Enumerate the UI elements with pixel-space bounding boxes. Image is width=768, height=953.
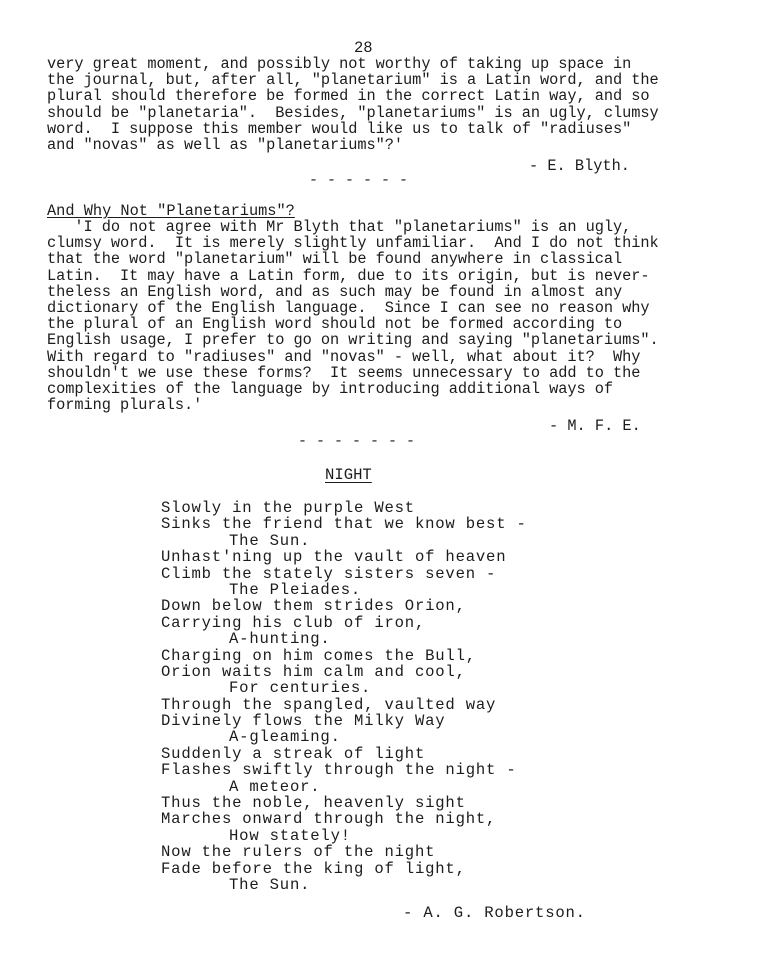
text-line: that the word "planetarium" will be foun…	[47, 251, 659, 267]
poem-line: Carrying his club of iron,	[161, 615, 527, 631]
section-divider: - - - - - - -	[298, 434, 415, 450]
poem-title: NIGHT	[325, 467, 372, 483]
text-line: word. I suppose this member would like u…	[47, 121, 659, 137]
poem-line: Marches onward through the night,	[161, 811, 527, 827]
text-line: and "novas" as well as "planetariums"?'	[47, 137, 659, 153]
text-line: very great moment, and possibly not wort…	[47, 56, 659, 72]
poem-refrain-line: How stately!	[161, 828, 527, 844]
letter-one-signature: - E. Blyth.	[529, 158, 630, 174]
text-line: dictionary of the English language. Sinc…	[47, 300, 659, 316]
poem-line: Thus the noble, heavenly sight	[161, 795, 527, 811]
poem-line: Fade before the king of light,	[161, 861, 527, 877]
letter-two-signature: - M. F. E.	[549, 418, 641, 434]
text-line: forming plurals.'	[47, 397, 659, 413]
poem-refrain-line: A meteor.	[161, 779, 527, 795]
text-line: theless an English word, and as such may…	[47, 284, 659, 300]
poem-line: Charging on him comes the Bull,	[161, 648, 527, 664]
poem-line: Suddenly a streak of light	[161, 746, 527, 762]
poem-line: Through the spangled, vaulted way	[161, 697, 527, 713]
text-line: complexities of the language by introduc…	[47, 381, 659, 397]
poem-refrain-line: A-hunting.	[161, 631, 527, 647]
poem-line: Slowly in the purple West	[161, 500, 527, 516]
poem-line: Unhast'ning up the vault of heaven	[161, 549, 527, 565]
text-line: clumsy word. It is merely slightly unfam…	[47, 235, 659, 251]
section-divider: - - - - - -	[309, 173, 408, 189]
poem-line: Orion waits him calm and cool,	[161, 664, 527, 680]
poem-line: Now the rulers of the night	[161, 844, 527, 860]
text-line: With regard to "radiuses" and "novas" - …	[47, 349, 659, 365]
poem-line: Climb the stately sisters seven -	[161, 566, 527, 582]
page-number: 28	[354, 40, 373, 56]
poem-line: Flashes swiftly through the night -	[161, 762, 527, 778]
poem-body: Slowly in the purple WestSinks the frien…	[161, 500, 527, 893]
poem-line: Sinks the friend that we know best -	[161, 516, 527, 532]
text-line: the plural of an English word should not…	[47, 316, 659, 332]
poem-refrain-line: The Sun.	[161, 877, 527, 893]
text-line: the journal, but, after all, "planetariu…	[47, 72, 659, 88]
text-line: should be "planetaria". Besides, "planet…	[47, 105, 659, 121]
text-line: English usage, I prefer to go on writing…	[47, 332, 659, 348]
letter-two-body: 'I do not agree with Mr Blyth that "plan…	[47, 219, 659, 413]
text-line: plural should therefore be formed in the…	[47, 88, 659, 104]
letter-one-body: very great moment, and possibly not wort…	[47, 56, 659, 153]
text-line: Latin. It may have a Latin form, due to …	[47, 268, 659, 284]
poem-line: Down below them strides Orion,	[161, 598, 527, 614]
poem-refrain-line: The Pleiades.	[161, 582, 527, 598]
letter-two-heading: And Why Not "Planetariums"?	[47, 203, 295, 219]
text-line: shouldn't we use these forms? It seems u…	[47, 365, 659, 381]
poem-author: - A. G. Robertson.	[403, 905, 586, 921]
poem-refrain-line: For centuries.	[161, 680, 527, 696]
poem-refrain-line: The Sun.	[161, 533, 527, 549]
text-line: 'I do not agree with Mr Blyth that "plan…	[47, 219, 659, 235]
poem-line: Divinely flows the Milky Way	[161, 713, 527, 729]
poem-refrain-line: A-gleaming.	[161, 729, 527, 745]
